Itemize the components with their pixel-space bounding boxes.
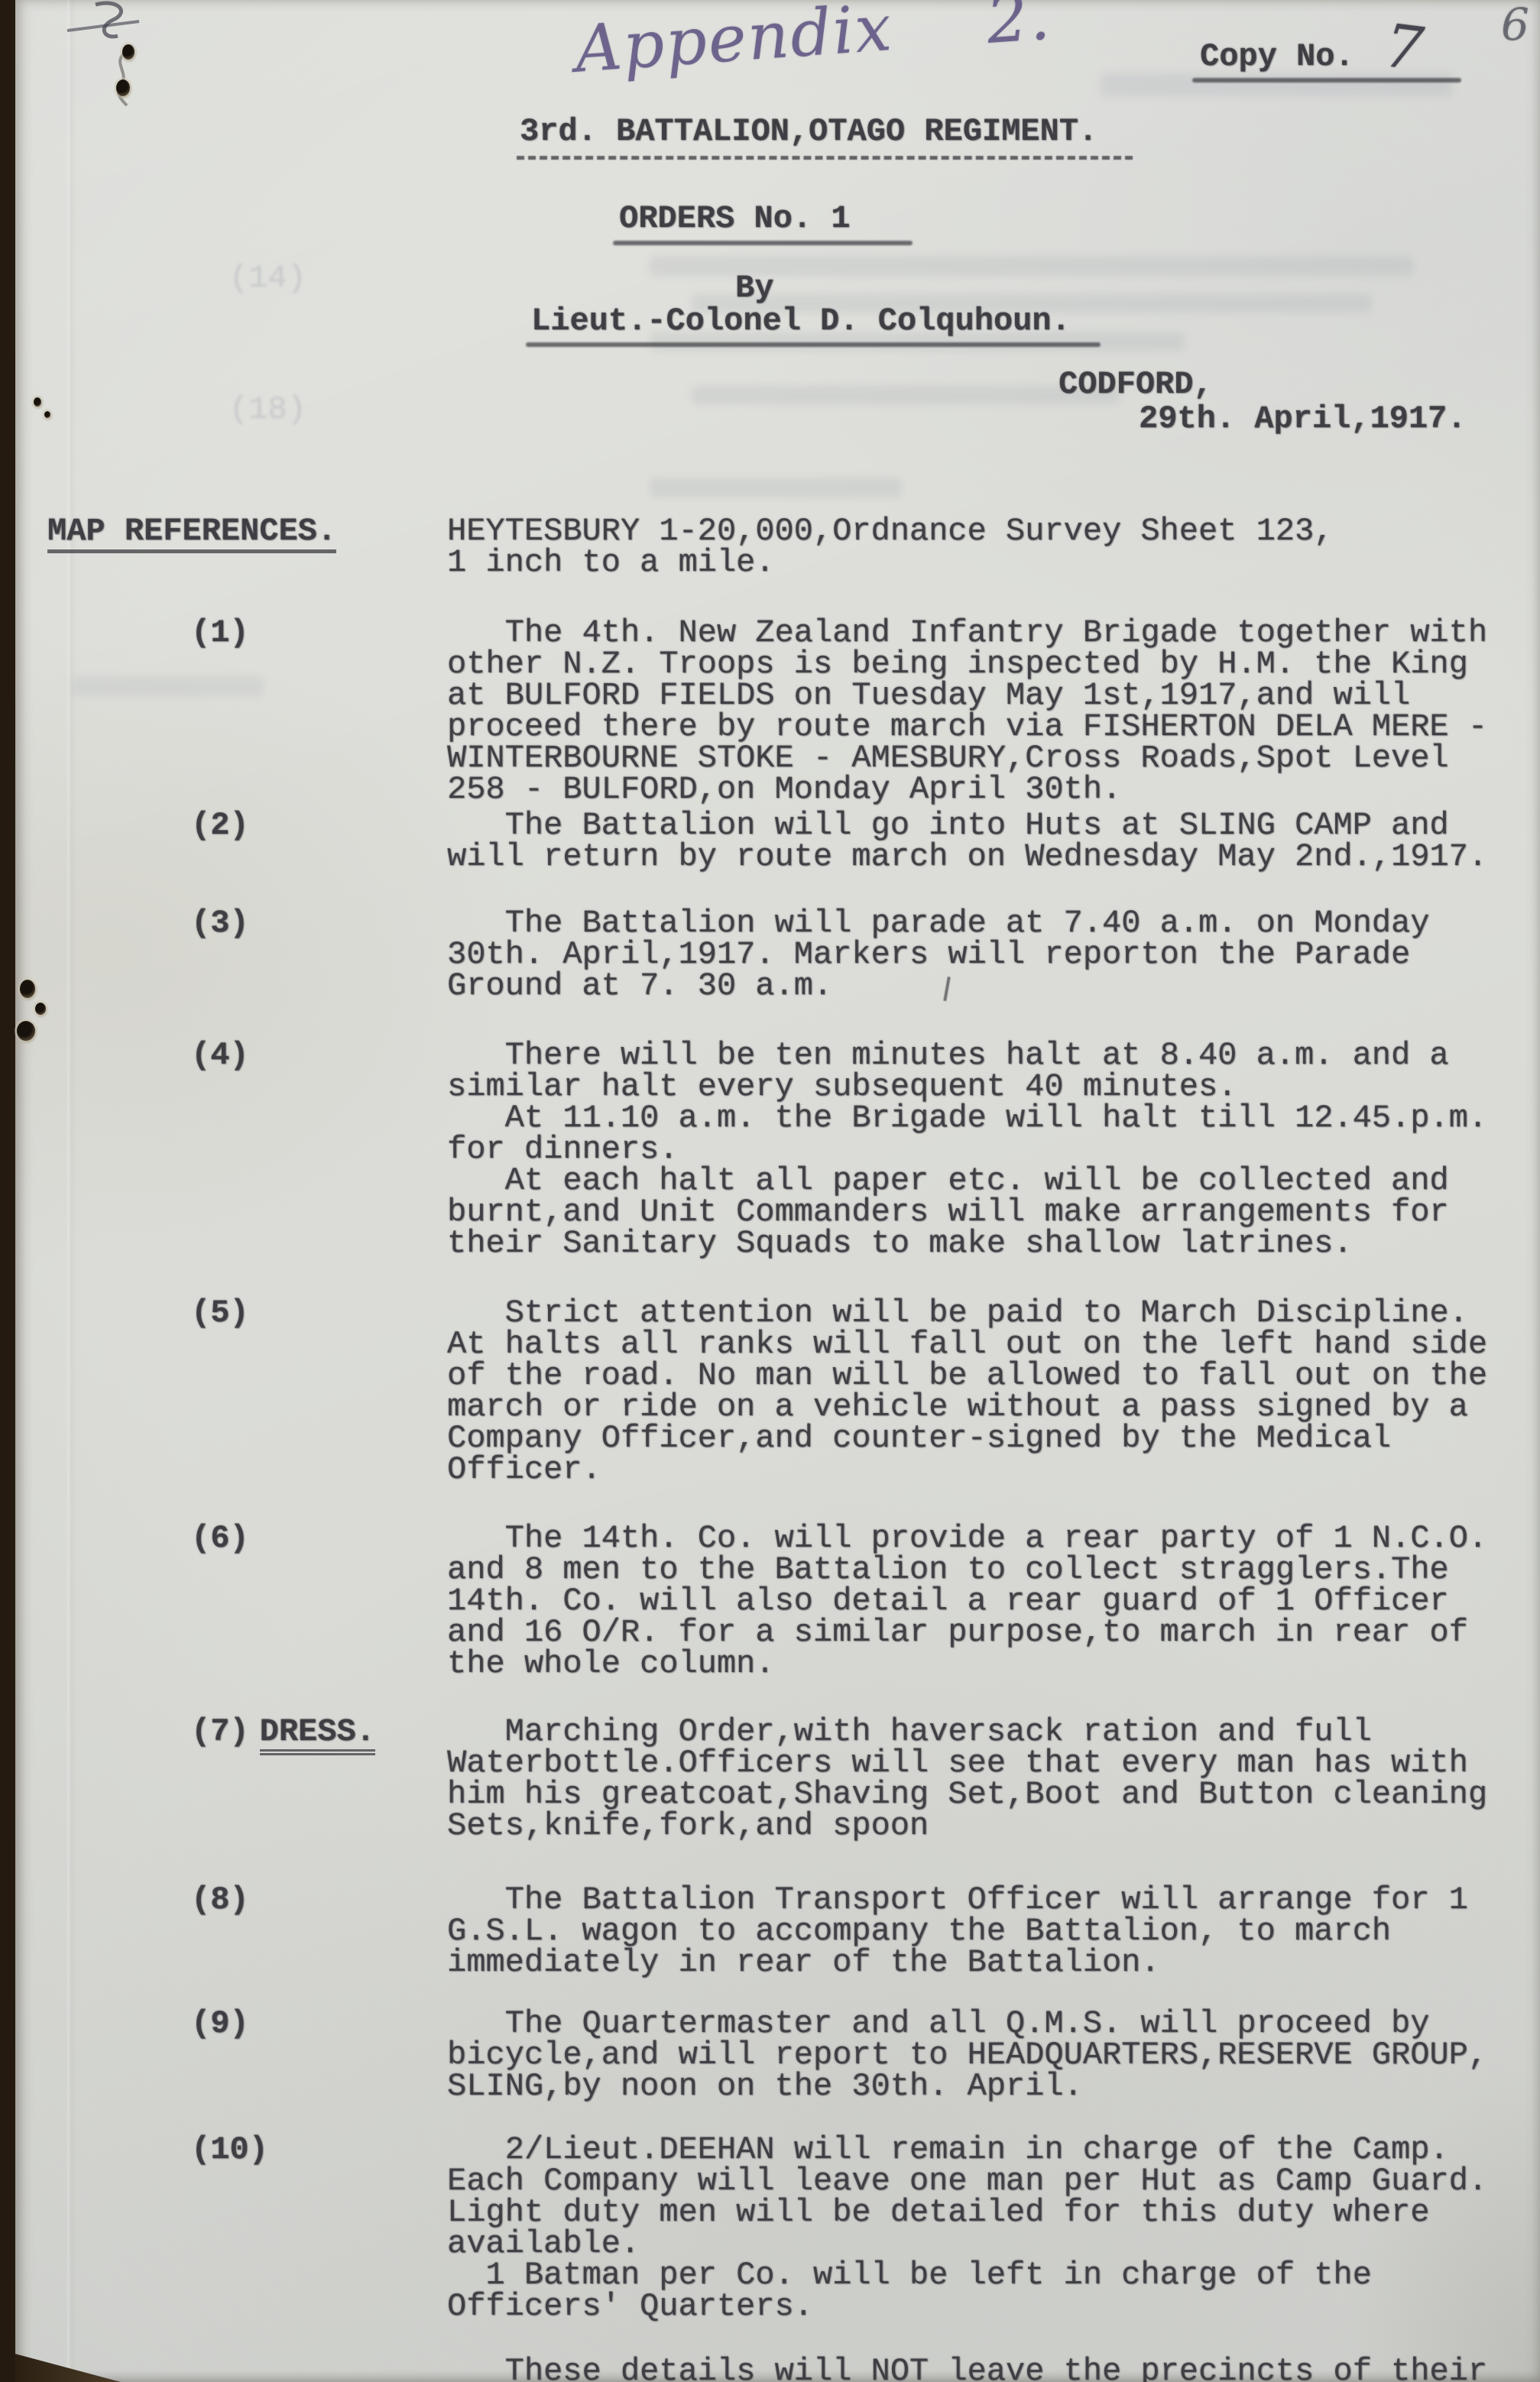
- paragraph-text: The 4th. New Zealand Infantry Brigade to…: [447, 617, 1513, 805]
- order-paragraph: (4) There will be ten minutes halt at 8.…: [47, 1040, 1515, 1259]
- map-references-row: MAP REFERENCES. HEYTESBURY 1-20,000,Ordn…: [47, 516, 1515, 578]
- ghost-smudge: [692, 386, 1120, 404]
- copy-no-handwritten-value: 7: [1381, 11, 1427, 84]
- paragraph-number: (10): [47, 2134, 447, 2166]
- paragraph-number: (6): [47, 1523, 447, 1554]
- paragraph-number: (9): [47, 2008, 447, 2040]
- punch-hole: [116, 79, 130, 96]
- document-photo: (14) (18) Appendix 2. Copy No. 7 6 3rd. …: [0, 0, 1540, 2382]
- order-paragraph: (9) The Quartermaster and all Q.M.S. wil…: [47, 2008, 1515, 2102]
- corner-page-number: 6: [1501, 0, 1529, 50]
- pencil-scribble: [53, 0, 176, 130]
- paragraph-text: The Battalion will parade at 7.40 a.m. o…: [447, 908, 1513, 1002]
- paragraph-number: (1): [47, 617, 447, 649]
- regiment-underline: [517, 156, 1133, 160]
- paragraph-text: The Battalion will go into Huts at SLING…: [447, 810, 1513, 873]
- map-references-label: MAP REFERENCES.: [47, 516, 336, 553]
- paragraph-number: (2): [47, 810, 447, 841]
- dress-label: DRESS.: [260, 1716, 375, 1755]
- orders-underline: [613, 241, 913, 245]
- order-paragraph: (3) The Battalion will parade at 7.40 a.…: [47, 908, 1515, 1002]
- paragraph-text: The Battalion Transport Officer will arr…: [447, 1885, 1513, 1979]
- punch-hole: [44, 411, 50, 418]
- date-line: 29th. April,1917.: [1139, 402, 1466, 436]
- paragraph-number: (8): [47, 1885, 447, 1916]
- copy-no-label: Copy No.: [1200, 40, 1354, 73]
- order-paragraph: (8) The Battalion Transport Officer will…: [47, 1885, 1515, 1979]
- order-paragraph-dress: (7)DRESS. Marching Order,with haversack …: [47, 1716, 1515, 1842]
- punch-hole: [122, 44, 135, 60]
- map-references-text: HEYTESBURY 1-20,000,Ordnance Survey Shee…: [447, 516, 1513, 578]
- paragraph-text: Strict attention will be paid to March D…: [447, 1298, 1513, 1486]
- punch-hole: [17, 1021, 35, 1041]
- order-paragraph: (2) The Battalion will go into Huts at S…: [47, 810, 1515, 873]
- order-paragraph: (10) 2/Lieut.DEEHAN will remain in charg…: [47, 2134, 1515, 2322]
- commander-name: Lieut.-Colonel D. Colquhoun.: [531, 304, 1071, 338]
- ghost-paragraph-number: (18): [229, 391, 306, 428]
- order-paragraph: (1) The 4th. New Zealand Infantry Brigad…: [47, 617, 1515, 805]
- ghost-paragraph-number: (14): [229, 260, 306, 297]
- continuation-text: These details will NOT leave the precinc…: [447, 2356, 1513, 2382]
- commander-underline: [526, 342, 1101, 347]
- paragraph-text: The 14th. Co. will provide a rear party …: [447, 1523, 1513, 1680]
- punch-hole: [35, 1003, 46, 1015]
- ghost-smudge: [650, 478, 902, 497]
- order-paragraph: (6) The 14th. Co. will provide a rear pa…: [47, 1523, 1515, 1680]
- paragraph-text: There will be ten minutes halt at 8.40 a…: [447, 1040, 1513, 1259]
- orders-title: ORDERS No. 1: [619, 202, 850, 235]
- paragraph-text: 2/Lieut.DEEHAN will remain in charge of …: [447, 2134, 1513, 2322]
- paragraph-number: (7): [191, 1713, 249, 1750]
- paragraph-number: (4): [47, 1040, 447, 1071]
- order-paragraph: (5) Strict attention will be paid to Mar…: [47, 1298, 1515, 1486]
- punch-hole: [20, 980, 35, 998]
- place-line: CODFORD,: [1059, 368, 1213, 401]
- copy-no-underline: [1192, 78, 1461, 83]
- paragraph-text: Marching Order,with haversack ration and…: [447, 1716, 1513, 1842]
- regiment-title: 3rd. BATTALION,OTAGO REGIMENT.: [520, 115, 1097, 148]
- paragraph-number: (5): [47, 1298, 447, 1329]
- continuation-row: These details will NOT leave the precinc…: [47, 2356, 1515, 2382]
- paragraph-number: (3): [47, 908, 447, 939]
- punch-hole: [34, 397, 41, 407]
- by-label: By: [735, 271, 773, 305]
- paragraph-text: The Quartermaster and all Q.M.S. will pr…: [447, 2008, 1513, 2102]
